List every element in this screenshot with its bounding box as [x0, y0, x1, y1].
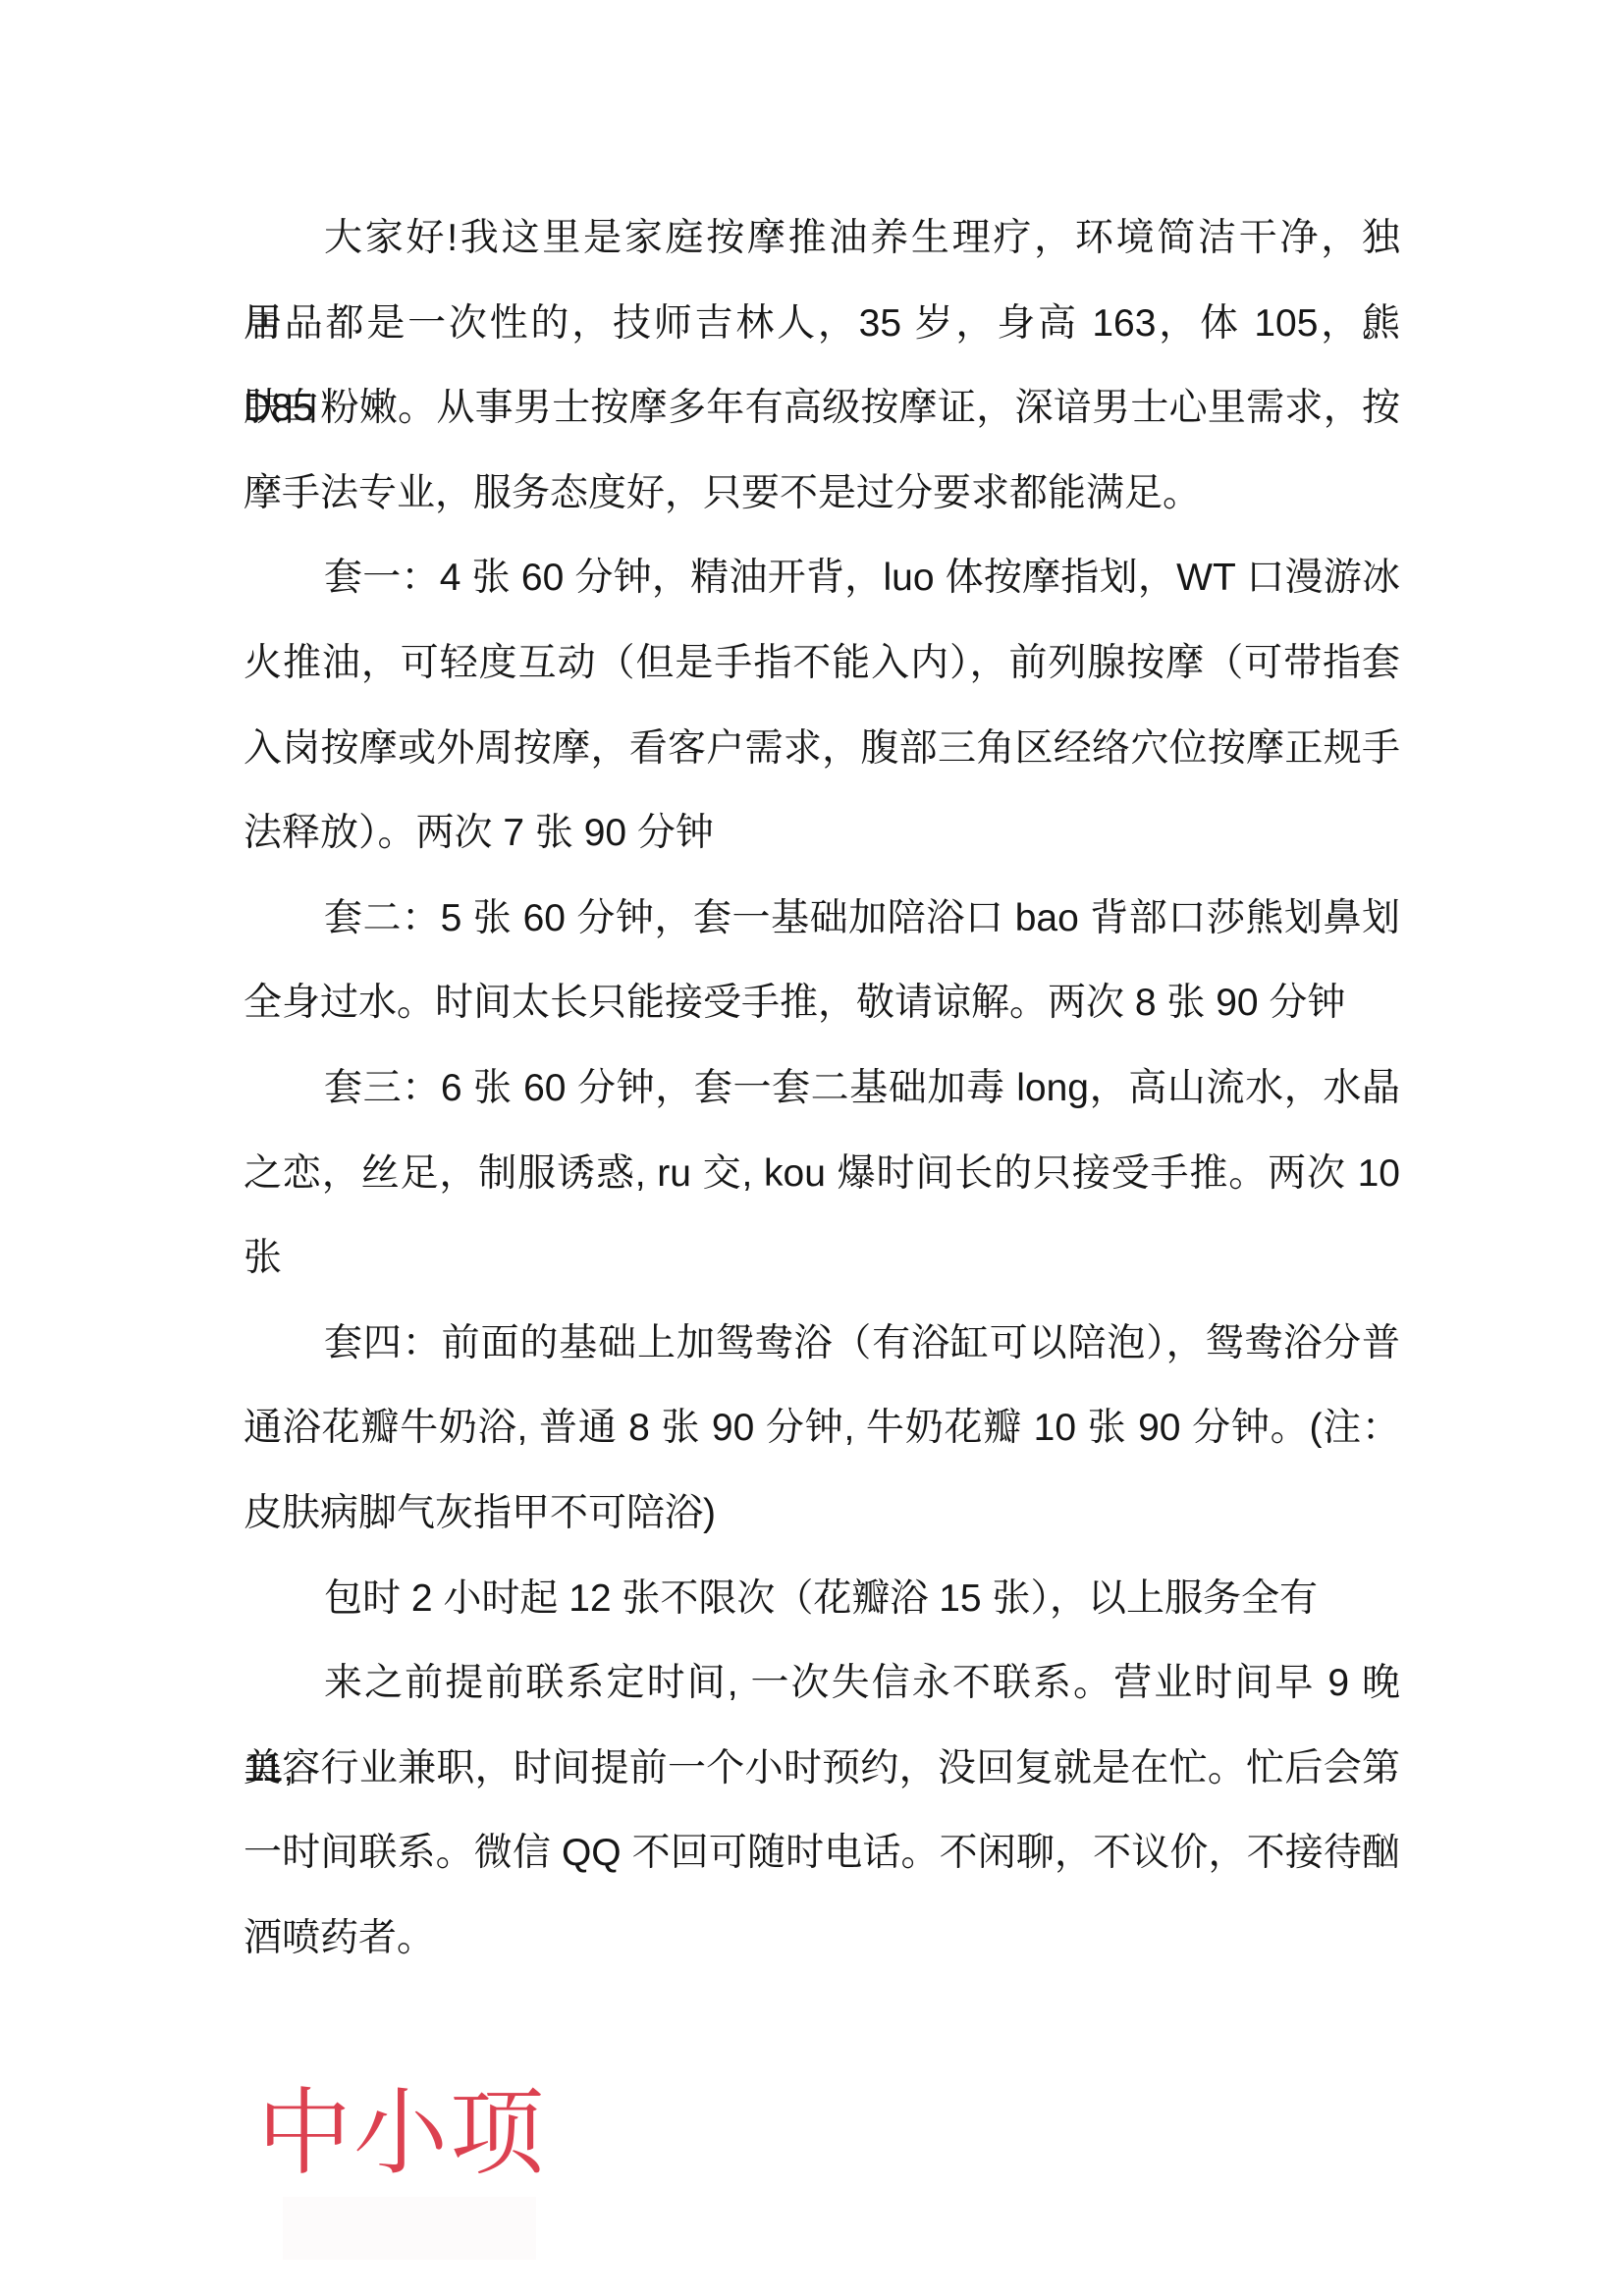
text-line: 张	[244, 1216, 1400, 1302]
document-body: 大家好!我这里是家庭按摩推油养生理疗，环境简洁干净，独居。用品都是一次性的，技师…	[244, 196, 1400, 1981]
text-line: 皮肤病脚气灰指甲不可陪浴)	[244, 1471, 1400, 1557]
text-line: 之恋，丝足，制服诱惑, ru 交, kou 爆时间长的只接受手推。两次 10	[244, 1132, 1400, 1217]
text-line: 包时 2 小时起 12 张不限次（花瓣浴 15 张），以上服务全有	[244, 1557, 1400, 1642]
text-line: 酒喷药者。	[244, 1896, 1400, 1982]
text-line: 入岗按摩或外周按摩，看客户需求，腹部三角区经络穴位按摩正规手	[244, 707, 1400, 792]
text-line: 套四：前面的基础上加鸳鸯浴（有浴缸可以陪泡），鸳鸯浴分普	[244, 1302, 1400, 1387]
document-page: 大家好!我这里是家庭按摩推油养生理疗，环境简洁干净，独居。用品都是一次性的，技师…	[0, 0, 1624, 2296]
text-line: 来之前提前联系定时间, 一次失信永不联系。营业时间早 9 晚 11,	[244, 1641, 1400, 1727]
text-line: 一时间联系。微信 QQ 不回可随时电话。不闲聊，不议价，不接待酗	[244, 1811, 1400, 1896]
text-line: 火推油，可轻度互动（但是手指不能入内），前列腺按摩（可带指套	[244, 621, 1400, 707]
text-line: 用品都是一次性的，技师吉林人，35 岁，身高 163，体 105，熊 D85	[244, 282, 1400, 367]
scan-artifact	[283, 2197, 536, 2260]
text-line: 套三：6 张 60 分钟，套一套二基础加毒 long，高山流水，水晶	[244, 1046, 1400, 1132]
text-line: 摩手法专业，服务态度好，只要不是过分要求都能满足。	[244, 452, 1400, 537]
text-line: 大家好!我这里是家庭按摩推油养生理疗，环境简洁干净，独居。	[244, 196, 1400, 282]
text-line: 肤白粉嫩。从事男士按摩多年有高级按摩证，深谙男士心里需求，按	[244, 366, 1400, 452]
text-line: 全身过水。时间太长只能接受手推，敬请谅解。两次 8 张 90 分钟	[244, 961, 1400, 1046]
text-line: 通浴花瓣牛奶浴, 普通 8 张 90 分钟, 牛奶花瓣 10 张 90 分钟。(…	[244, 1386, 1400, 1471]
text-line: 套二：5 张 60 分钟，套一基础加陪浴口 bao 背部口莎熊划鼻划	[244, 877, 1400, 962]
text-line: 法释放）。两次 7 张 90 分钟	[244, 791, 1400, 877]
text-line: 美容行业兼职，时间提前一个小时预约，没回复就是在忙。忙后会第	[244, 1727, 1400, 1812]
text-line: 套一：4 张 60 分钟，精油开背，luo 体按摩指划，WT 口漫游冰	[244, 536, 1400, 621]
red-stamp-text: 中小项	[257, 2087, 546, 2181]
